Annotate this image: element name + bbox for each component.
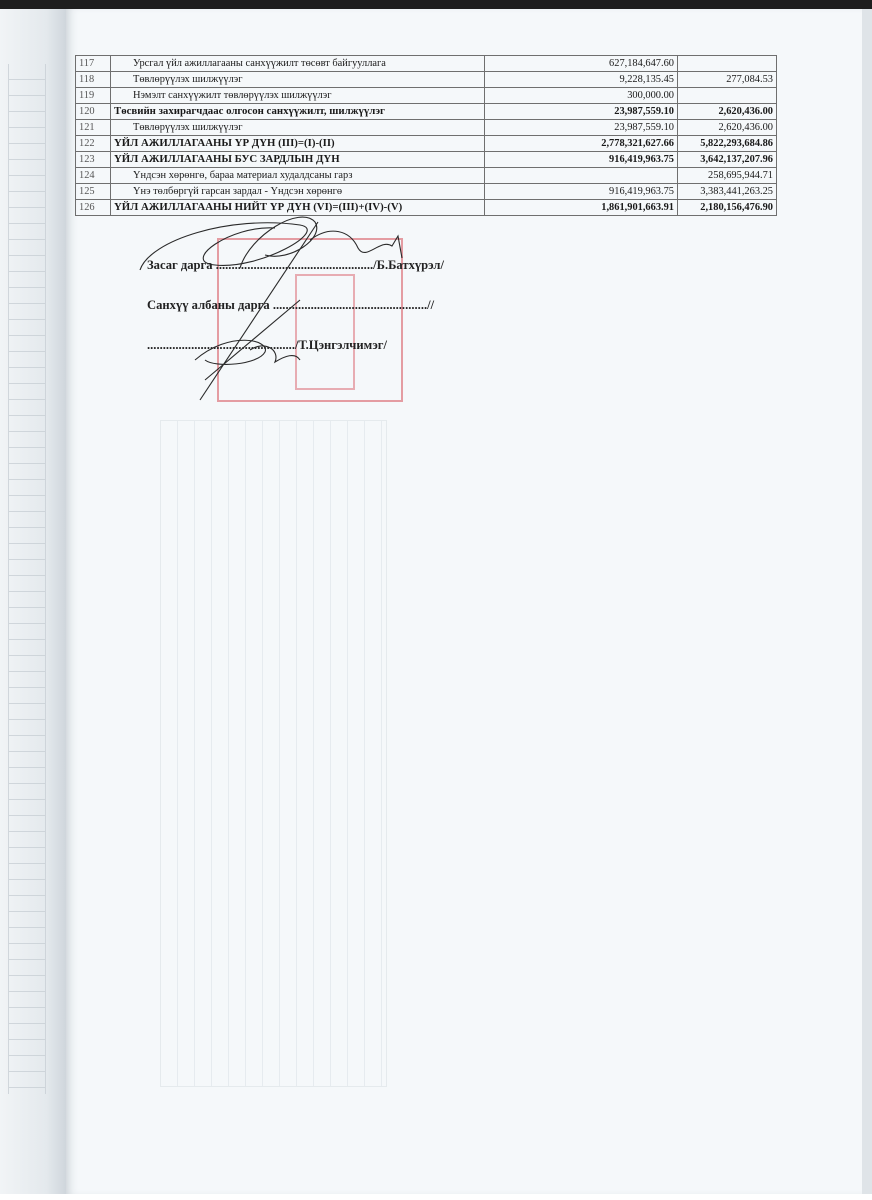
row-number: 122 <box>76 136 111 152</box>
binding-spine <box>0 9 66 1194</box>
row-label: ҮЙЛ АЖИЛЛАГААНЫ ҮР ДҮН (III)=(I)-(II) <box>111 136 485 152</box>
signature-name: /Б.Батхүрэл/ <box>373 258 444 272</box>
signature-name: /Т.Цэнгэлчимэг/ <box>295 338 387 352</box>
signature-title: Засаг дарга <box>147 258 213 272</box>
scan-top-border <box>0 0 872 9</box>
previous-page-bleed <box>8 64 46 1094</box>
signature-name: // <box>427 298 434 312</box>
row-label: Үндсэн хөрөнгө, бараа материал худалдсан… <box>111 168 485 184</box>
value-previous-year <box>678 56 777 72</box>
value-current-year: 300,000.00 <box>485 88 678 104</box>
table-row: 123ҮЙЛ АЖИЛЛАГААНЫ БУС ЗАРДЛЫН ДҮН916,41… <box>76 152 777 168</box>
value-current-year: 9,228,135.45 <box>485 72 678 88</box>
row-label: ҮЙЛ АЖИЛЛАГААНЫ НИЙТ ҮР ДҮН (VI)=(III)+(… <box>111 200 485 216</box>
value-current-year: 2,778,321,627.66 <box>485 136 678 152</box>
value-previous-year: 5,822,293,684.86 <box>678 136 777 152</box>
bleed-through-table <box>160 420 387 1087</box>
value-current-year: 23,987,559.10 <box>485 104 678 120</box>
row-label: Үнэ төлбөргүй гарсан зардал - Үндсэн хөр… <box>111 184 485 200</box>
value-current-year: 916,419,963.75 <box>485 184 678 200</box>
table-row: 118Төвлөрүүлэх шилжүүлэг9,228,135.45277,… <box>76 72 777 88</box>
signature-line-accountant: ........................................… <box>147 338 387 353</box>
page-bottom-edge <box>0 1194 872 1200</box>
row-number: 126 <box>76 200 111 216</box>
value-current-year: 627,184,647.60 <box>485 56 678 72</box>
page-right-edge <box>862 9 872 1194</box>
signature-dots: ........................................… <box>147 338 295 352</box>
row-label: ҮЙЛ АЖИЛЛАГААНЫ БУС ЗАРДЛЫН ДҮН <box>111 152 485 168</box>
row-number: 123 <box>76 152 111 168</box>
row-label: Нэмэлт санхүүжилт төвлөрүүлэх шилжүүлэг <box>111 88 485 104</box>
value-current-year <box>485 168 678 184</box>
table-row: 122ҮЙЛ АЖИЛЛАГААНЫ ҮР ДҮН (III)=(I)-(II)… <box>76 136 777 152</box>
row-number: 124 <box>76 168 111 184</box>
value-previous-year: 277,084.53 <box>678 72 777 88</box>
row-number: 117 <box>76 56 111 72</box>
row-number: 120 <box>76 104 111 120</box>
value-current-year: 1,861,901,663.91 <box>485 200 678 216</box>
row-label: Төвлөрүүлэх шилжүүлэг <box>111 72 485 88</box>
value-previous-year: 258,695,944.71 <box>678 168 777 184</box>
table-row: 117Урсгал үйл ажиллагааны санхүүжилт төс… <box>76 56 777 72</box>
row-number: 121 <box>76 120 111 136</box>
row-label: Төвлөрүүлэх шилжүүлэг <box>111 120 485 136</box>
row-number: 118 <box>76 72 111 88</box>
row-number: 119 <box>76 88 111 104</box>
value-previous-year <box>678 88 777 104</box>
signature-line-governor: Засаг дарга ............................… <box>147 258 444 273</box>
value-current-year: 916,419,963.75 <box>485 152 678 168</box>
signature-line-finance-head: Санхүү албаны дарга ....................… <box>147 298 434 313</box>
row-label: Төсвийн захирагчдаас олгосон санхүүжилт,… <box>111 104 485 120</box>
value-current-year: 23,987,559.10 <box>485 120 678 136</box>
row-label: Урсгал үйл ажиллагааны санхүүжилт төсөвт… <box>111 56 485 72</box>
signature-dots: ........................................… <box>216 258 373 272</box>
financial-results-table: 117Урсгал үйл ажиллагааны санхүүжилт төс… <box>75 55 777 216</box>
row-number: 125 <box>76 184 111 200</box>
stamp-emblem <box>295 274 355 390</box>
table-row: 125Үнэ төлбөргүй гарсан зардал - Үндсэн … <box>76 184 777 200</box>
table-row: 121Төвлөрүүлэх шилжүүлэг23,987,559.102,6… <box>76 120 777 136</box>
table-row: 126ҮЙЛ АЖИЛЛАГААНЫ НИЙТ ҮР ДҮН (VI)=(III… <box>76 200 777 216</box>
value-previous-year: 3,642,137,207.96 <box>678 152 777 168</box>
value-previous-year: 2,180,156,476.90 <box>678 200 777 216</box>
signature-title: Санхүү албаны дарга <box>147 298 270 312</box>
table-row: 124Үндсэн хөрөнгө, бараа материал худалд… <box>76 168 777 184</box>
signature-dots: ........................................… <box>273 298 427 312</box>
value-previous-year: 2,620,436.00 <box>678 120 777 136</box>
value-previous-year: 3,383,441,263.25 <box>678 184 777 200</box>
table-row: 120Төсвийн захирагчдаас олгосон санхүүжи… <box>76 104 777 120</box>
value-previous-year: 2,620,436.00 <box>678 104 777 120</box>
table-row: 119Нэмэлт санхүүжилт төвлөрүүлэх шилжүүл… <box>76 88 777 104</box>
